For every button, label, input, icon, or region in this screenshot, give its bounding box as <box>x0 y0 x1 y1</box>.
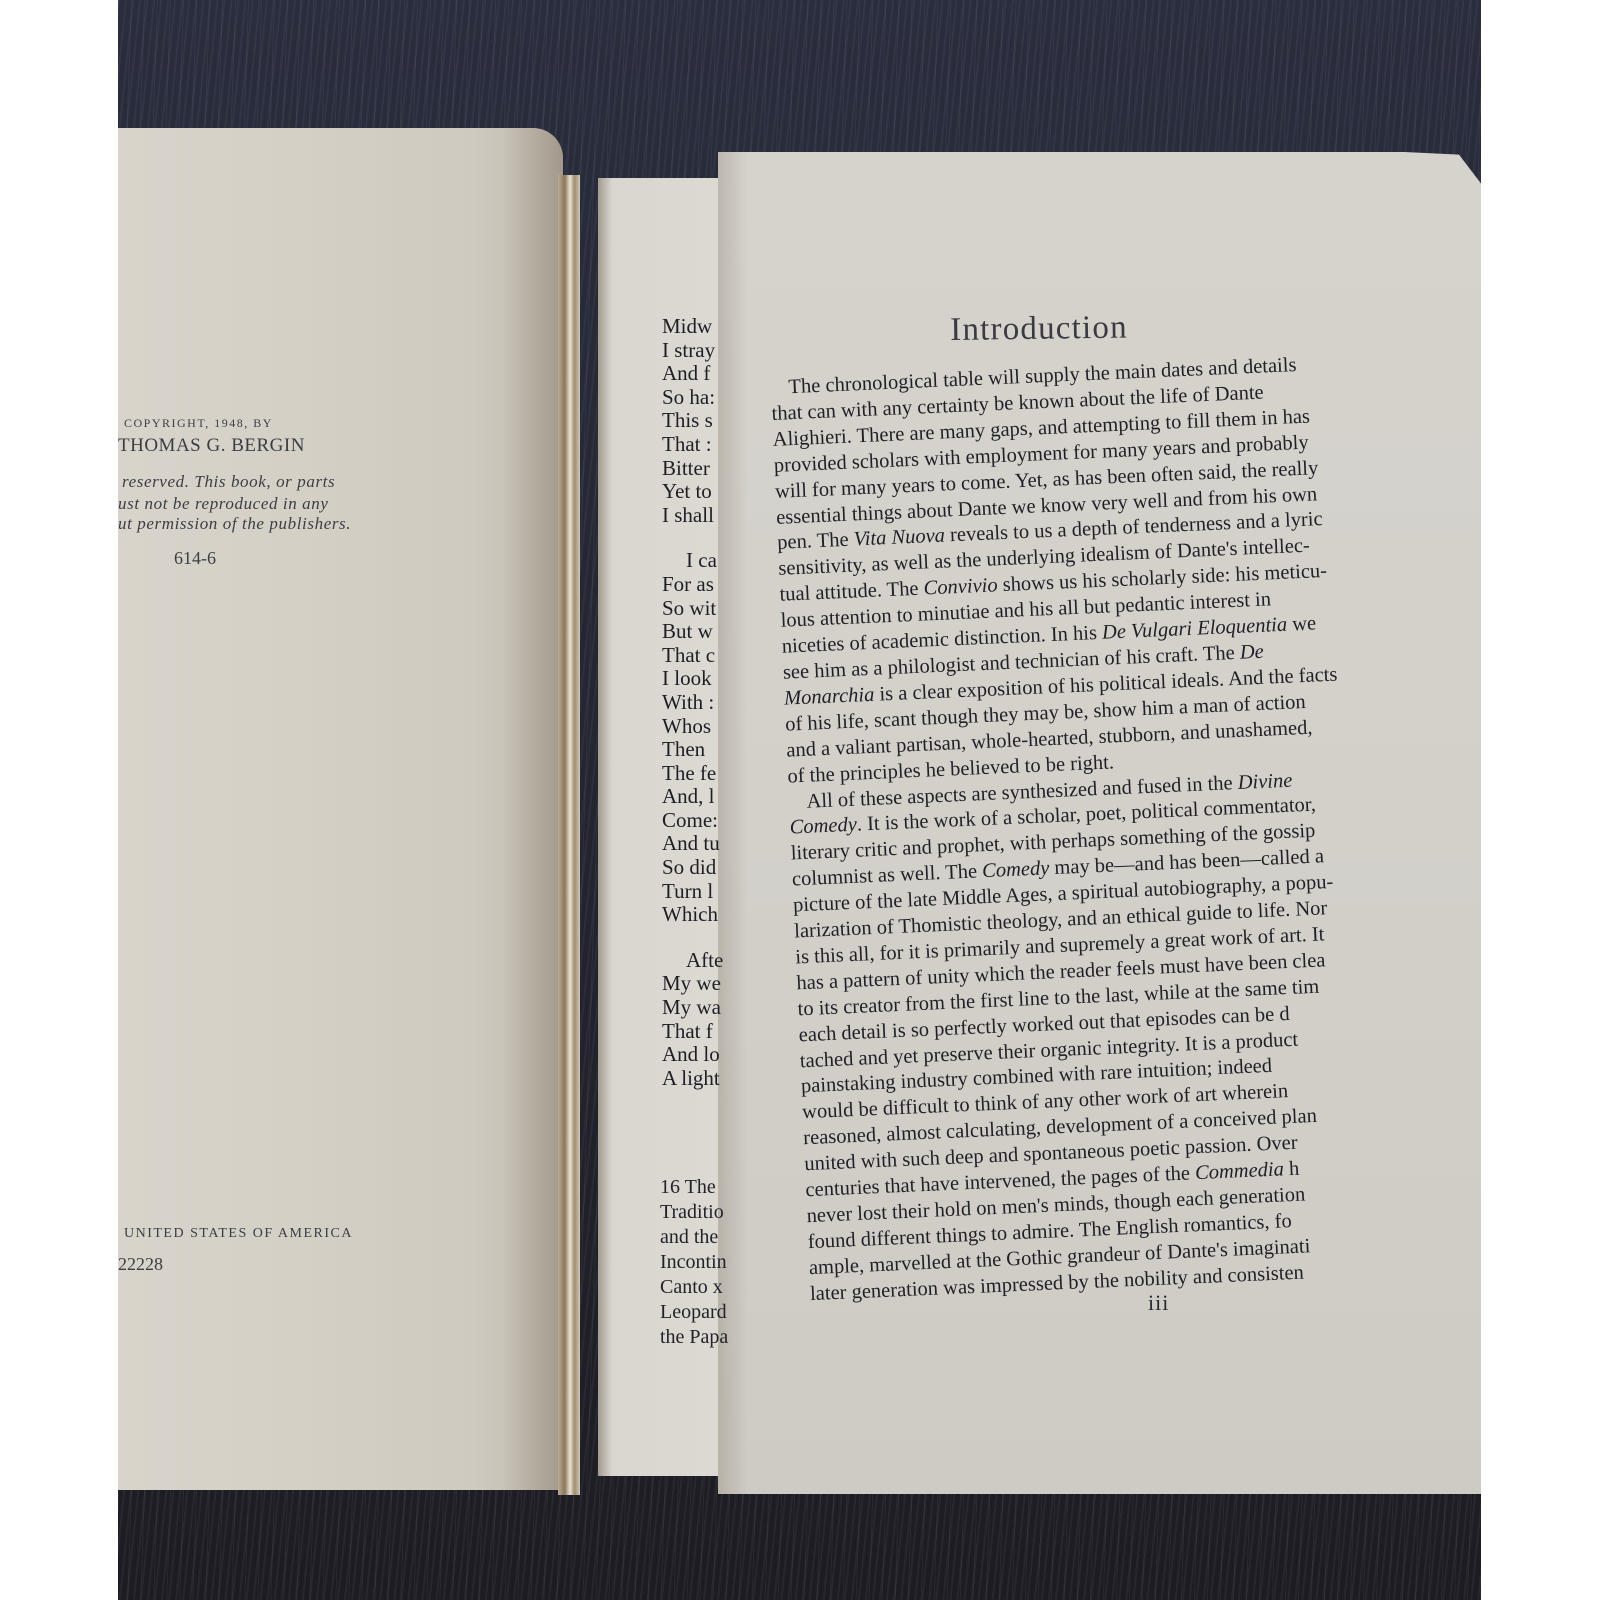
book-photo <box>118 0 1481 1600</box>
book-spine-gutter <box>558 175 580 1495</box>
introduction-page <box>718 152 1481 1494</box>
copyright-page <box>118 128 563 1490</box>
